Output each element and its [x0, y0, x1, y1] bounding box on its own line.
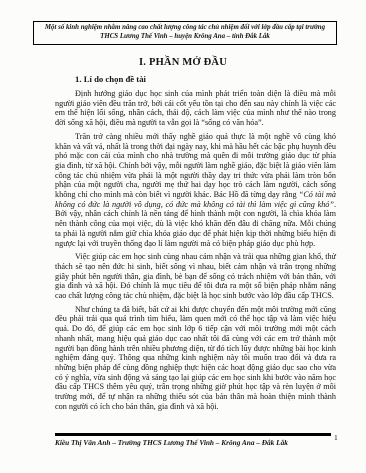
paragraph-2-text-before-quote: Trăn trở càng nhiều mới thấy nghề giáo q… [55, 132, 336, 199]
page-number: 1 [334, 433, 338, 442]
page-title: I. PHẦN MỞ ĐẦU [0, 57, 366, 68]
document-page: Một số kinh nghiệm nhằm nâng cao chất lư… [0, 0, 366, 473]
footer-rule [55, 433, 331, 436]
paragraph-3: Việc giúp các em học sinh cùng nhau cảm … [55, 252, 336, 301]
paragraph-4: Như chúng ta đã biết, bất cứ ai khi được… [55, 305, 336, 412]
document-body: 1. Lí do chọn đề tài Định hướng giáo dục… [55, 74, 336, 416]
running-header-line-2: THCS Lương Thế Vinh – huyện Krông Ana – … [39, 33, 331, 42]
footer-author-line: Kiều Thị Vân Anh – Trường THCS Lương Thế… [55, 438, 331, 447]
paragraph-1: Định hướng giáo dục học sinh của mình ph… [55, 89, 336, 128]
paragraph-2: Trăn trở càng nhiều mới thấy nghề giáo q… [55, 132, 336, 248]
section-heading: 1. Lí do chọn đề tài [75, 74, 336, 84]
running-header: Một số kinh nghiệm nhằm nâng cao chất lư… [33, 21, 337, 45]
running-header-line-1: Một số kinh nghiệm nhằm nâng cao chất lư… [39, 24, 331, 33]
